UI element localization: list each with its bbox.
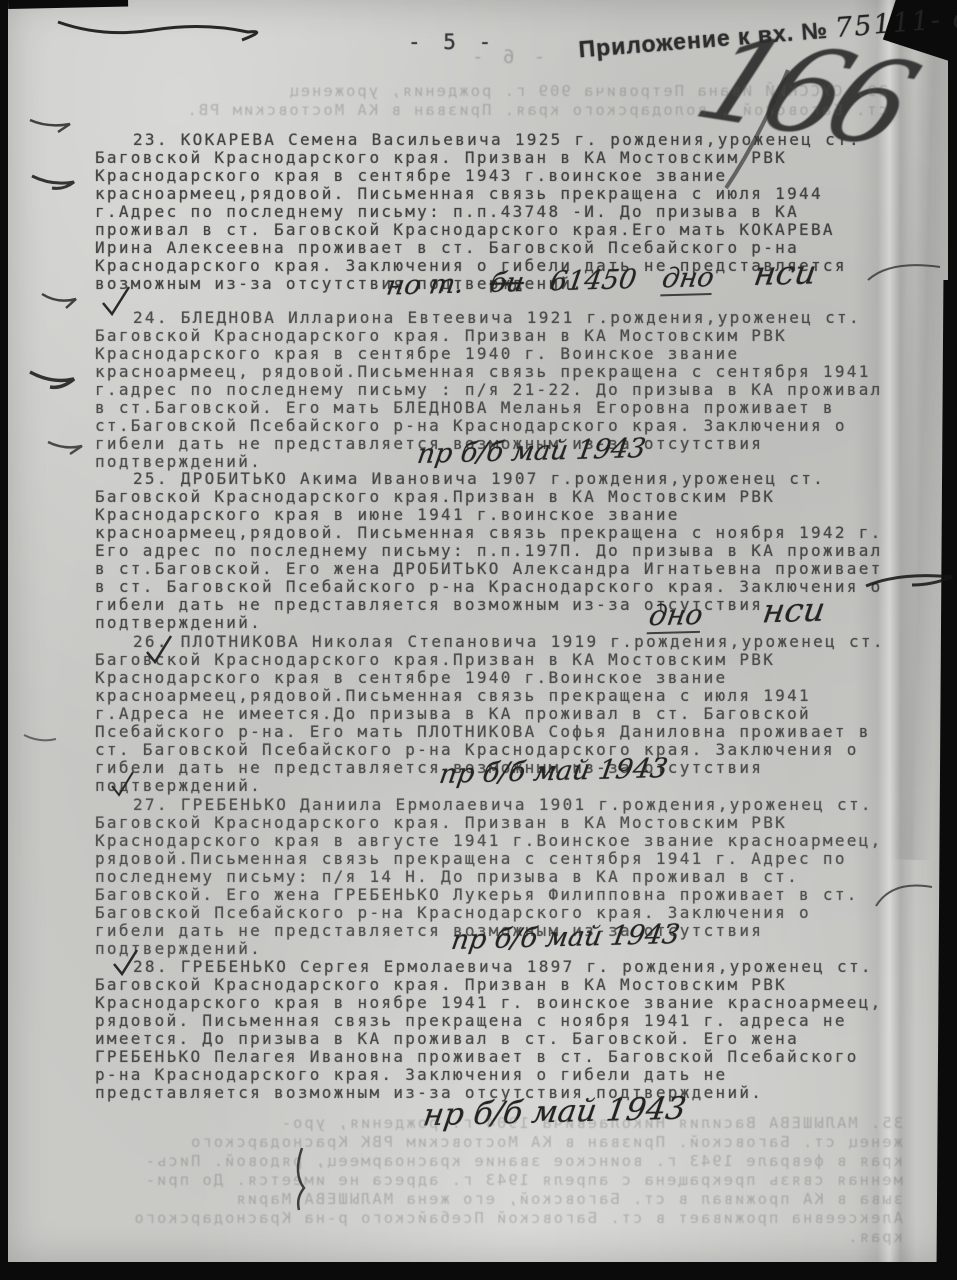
note-tail: нси (760, 590, 828, 631)
bleed-through-text-bottom: 35. МАЛЫШЕВА Василия Николаевича 1904 г.… (58, 1114, 903, 1247)
scan-edge-top-left (8, 0, 128, 9)
bleed-line: зыва в КА проживал в ст. Баговской, его … (58, 1190, 903, 1209)
note-mid: дно (660, 262, 716, 296)
handwritten-note-27: пр б/б май 1943 (449, 919, 682, 956)
scanned-archive-page: { "page": { "number_label": "- 5 -", "gh… (0, 0, 957, 1280)
note-tail: нси (751, 252, 819, 293)
handwritten-note-26: пр б/б май 1943 (437, 753, 670, 790)
bleed-through-text-top: 29. СУССКИЙ Ивана Петровича 909 г. рожде… (88, 82, 888, 120)
bleed-line: ст. Баговской , володарского края. Призв… (88, 101, 888, 120)
bleed-line: Алексеевна проживает в ст. Баговской Псе… (58, 1209, 903, 1228)
note-struck-word: би (488, 267, 527, 299)
handwritten-note-24: пр б/б май 1943 (415, 433, 648, 470)
note-number: 61450 (548, 264, 639, 297)
bleed-line: менная связь прекращена с апреля 1943 г.… (58, 1171, 903, 1190)
handwritten-note-25: днонси (647, 590, 828, 634)
bleed-line: 29. СУССКИЙ Ивана Петровича 909 г. рожде… (88, 82, 888, 101)
bleed-through-page-number: - 6 - (468, 46, 545, 68)
record-paragraph-28: 28. ГРЕБЕНЬКО Сергея Ермолаевича 1897 г.… (95, 958, 892, 1102)
bleed-line: женец ст. Баговской. Призван в КА Мостов… (58, 1133, 903, 1152)
bleed-line: края. (58, 1228, 903, 1247)
note-mid: дно (647, 598, 706, 634)
note-prefix: но т. (384, 269, 466, 302)
bleed-line: 35. МАЛЫШЕВА Василия Николаевича 1904 г.… (58, 1114, 903, 1133)
bleed-line: края в феврале 1943 г. воинское звание к… (58, 1152, 903, 1171)
